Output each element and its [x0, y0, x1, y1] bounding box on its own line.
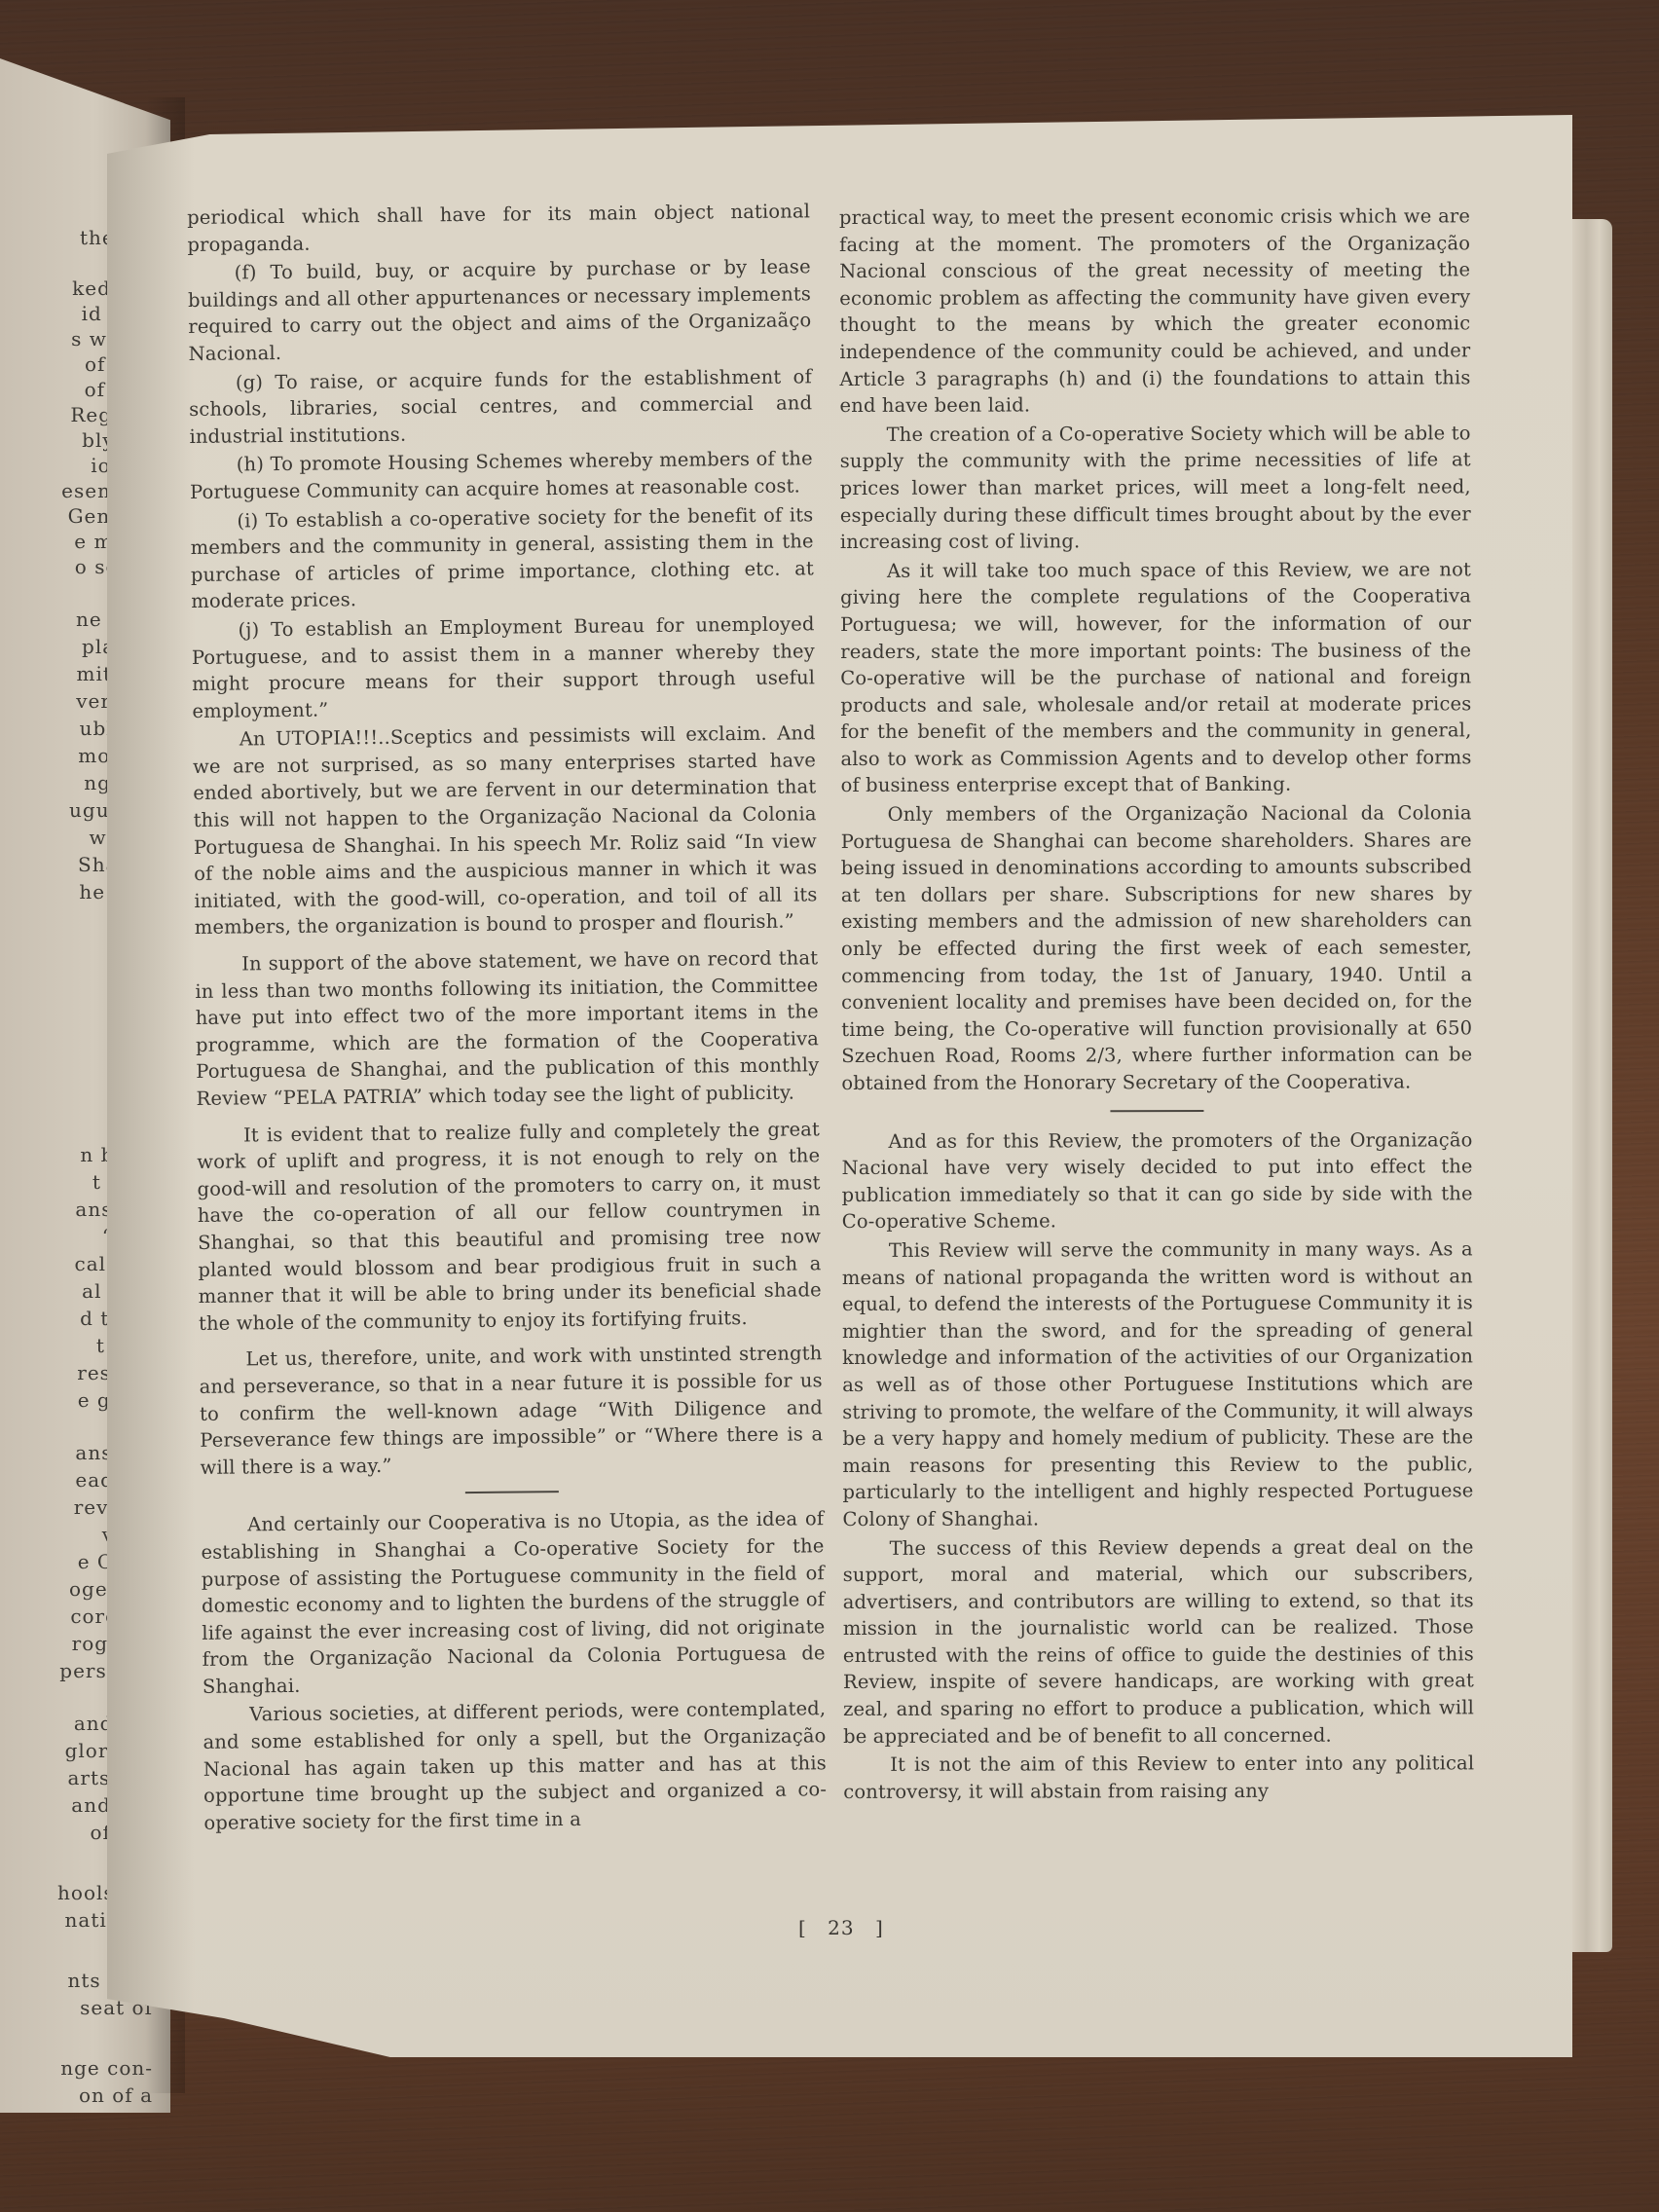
page-number: [ 23 ]	[798, 1916, 884, 1939]
paragraph-item-h: (h) To promote Housing Schemes whereby m…	[190, 446, 814, 506]
paragraph: An UTOPIA!!!..Sceptics and pessimists wi…	[193, 720, 818, 941]
paragraph: Only members of the Organização Nacional…	[841, 799, 1473, 1096]
right-column: practical way, to meet the present econo…	[839, 203, 1474, 1807]
paragraph: This Review will serve the community in …	[842, 1235, 1474, 1532]
section-divider	[465, 1491, 559, 1493]
section-divider	[1110, 1110, 1203, 1112]
paragraph: In support of the above statement, we ha…	[195, 944, 820, 1112]
paragraph-item-j: (j) To establish an Employment Bureau fo…	[191, 610, 815, 724]
paragraph-item-g: (g) To raise, or acquire funds for the e…	[189, 363, 813, 450]
left-page-text-fragment: on of a	[79, 2082, 153, 2109]
paragraph: It is not the aim of this Review to ente…	[843, 1751, 1474, 1806]
paragraph: And as for this Review, the promoters of…	[841, 1126, 1472, 1235]
paragraph-item-f: (f) To build, buy, or acquire by purchas…	[188, 253, 812, 367]
book-page: periodical which shall have for its main…	[107, 115, 1572, 2057]
paragraph: As it will take too much space of this R…	[840, 556, 1472, 799]
paragraph: The creation of a Co-operative Society w…	[840, 420, 1471, 556]
paragraph: The success of this Review depends a gre…	[843, 1533, 1475, 1750]
paragraph: periodical which shall have for its main…	[187, 198, 811, 258]
paragraph-item-i: (i) To establish a co-operative society …	[190, 501, 814, 615]
paragraph: And certainly our Cooperativa is no Utop…	[201, 1506, 826, 1701]
paragraph: Various societies, at different periods,…	[203, 1696, 827, 1837]
left-page-text-fragment: nge con-	[60, 2054, 153, 2082]
left-column: periodical which shall have for its main…	[187, 198, 828, 1838]
paragraph: Let us, therefore, unite, and work with …	[199, 1341, 823, 1482]
paragraph: It is evident that to realize fully and …	[197, 1116, 822, 1337]
paragraph: practical way, to meet the present econo…	[839, 203, 1471, 419]
